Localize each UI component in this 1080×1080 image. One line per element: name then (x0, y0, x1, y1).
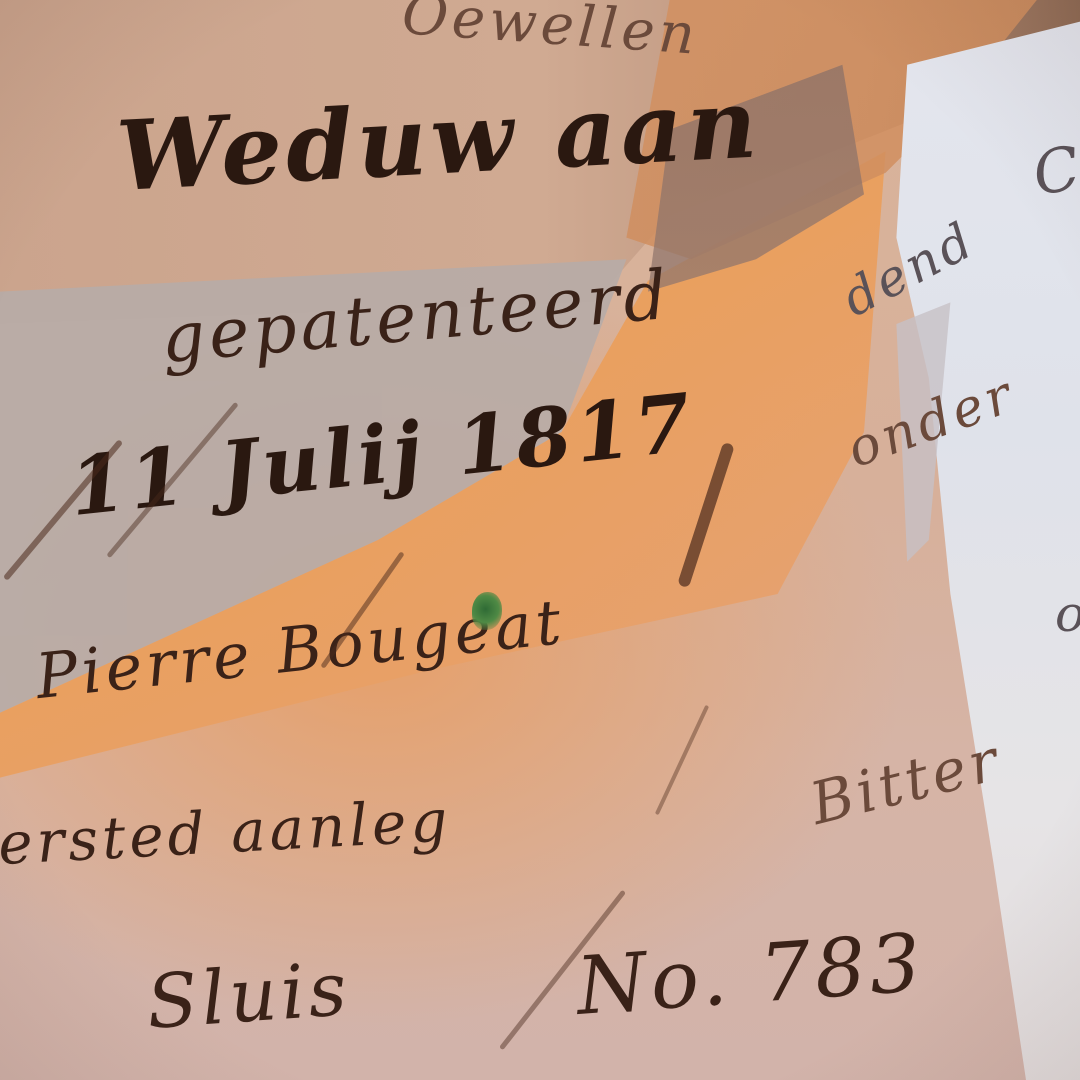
manuscript-photo: Oewellen Weduw aan gepatenteerd 11 Julij… (0, 0, 1080, 1080)
photo-vignette (0, 0, 1080, 1080)
